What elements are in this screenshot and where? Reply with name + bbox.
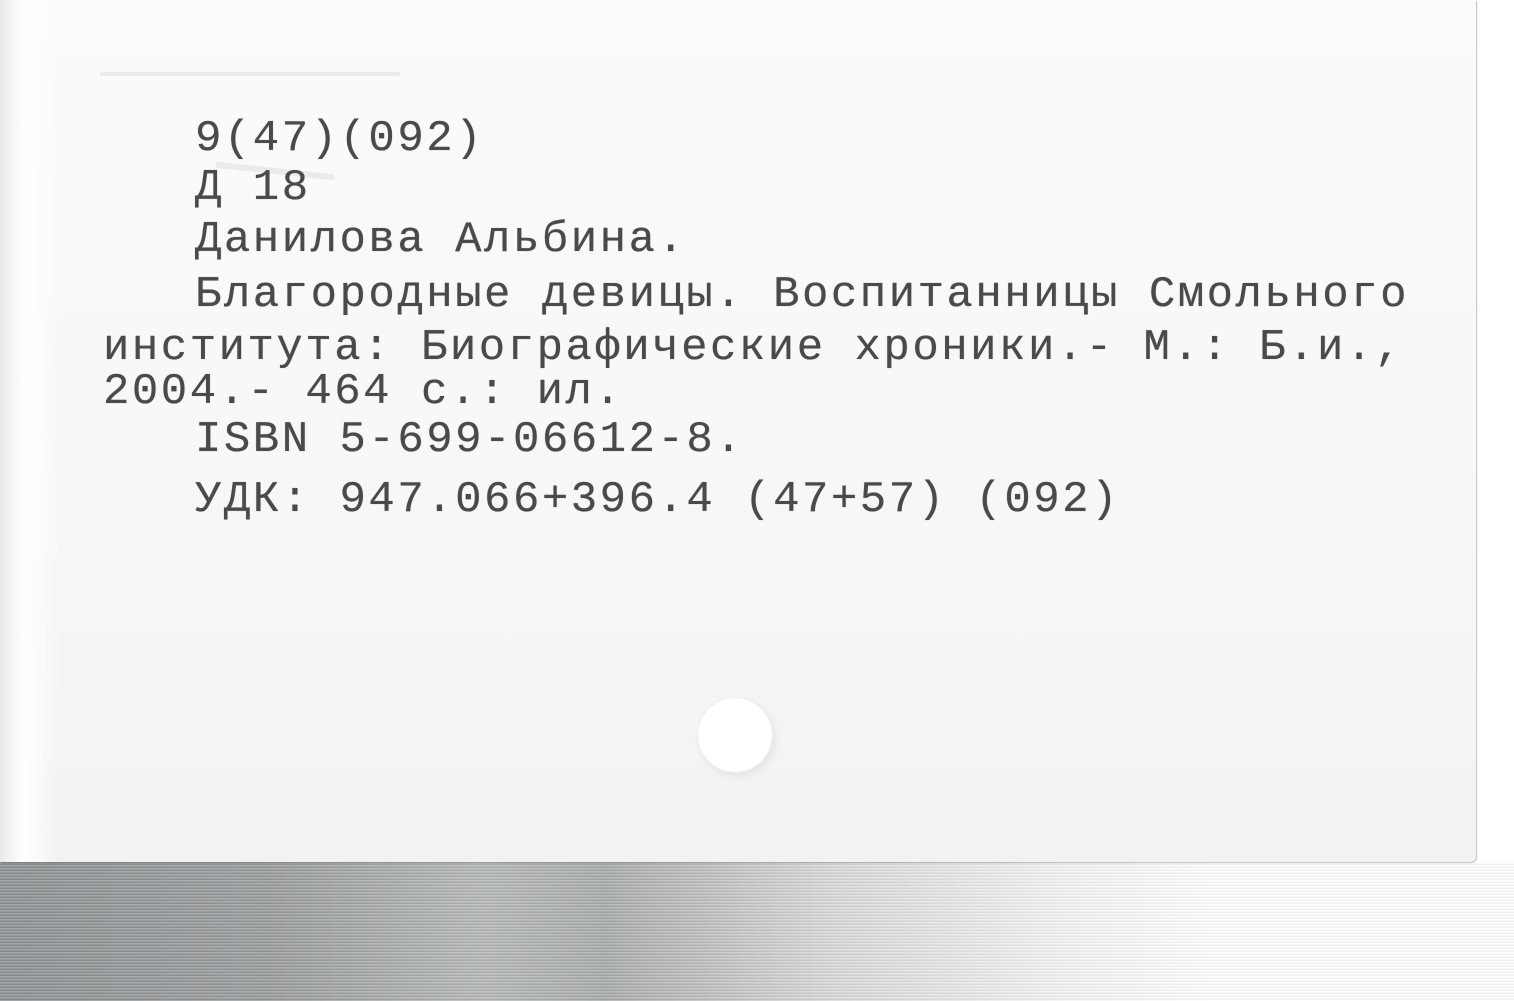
isbn: ISBN 5-699-06612-8. [195,418,744,462]
title-line-2: института: Биографические хроники.- М.: … [103,326,1404,370]
title-line-3: 2004.- 464 с.: ил. [103,370,623,414]
author-mark: Д 18 [195,166,311,210]
udc-code: УДК: 947.066+396.4 (47+57) (092) [195,478,1120,522]
scanner-background [0,862,1514,1001]
classification-code: 9(47)(092) [195,117,484,161]
title-line-1: Благородные девицы. Воспитанницы Смольно… [195,273,1409,317]
author-name: Данилова Альбина. [195,218,686,262]
catalog-card: 9(47)(092) Д 18 Данилова Альбина. Благор… [0,0,1476,862]
punch-hole [697,697,773,773]
erased-mark [100,72,400,76]
